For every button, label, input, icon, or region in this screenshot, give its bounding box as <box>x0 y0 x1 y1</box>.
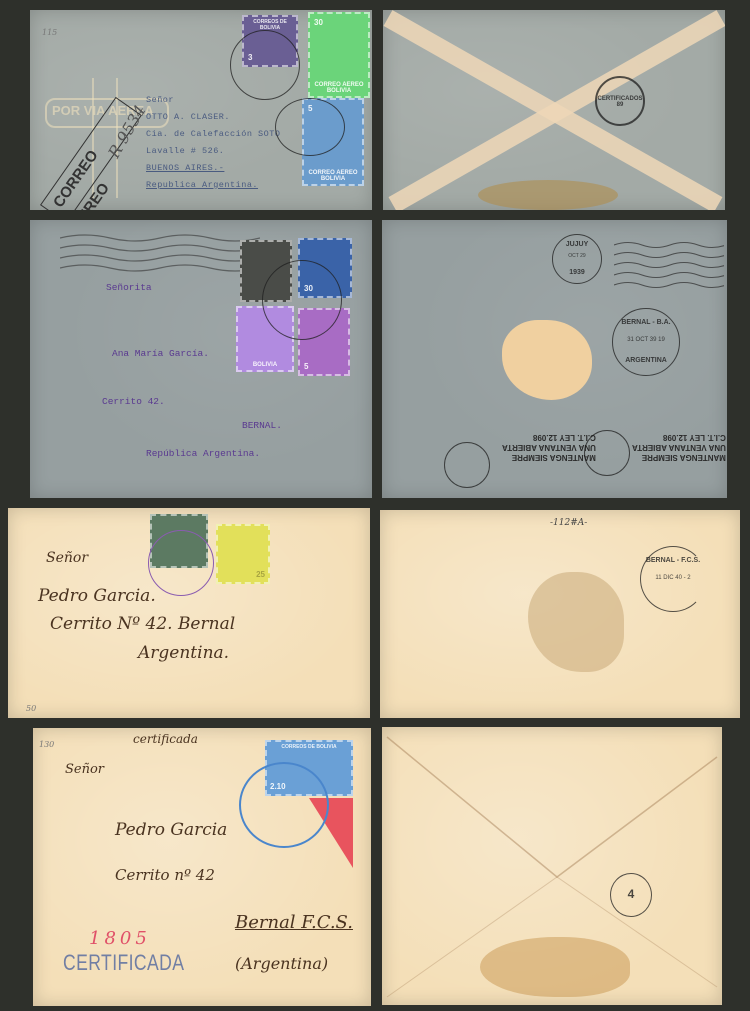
address-line: Lavalle # 526. <box>146 143 280 160</box>
certificada-stamp: CERTIFICADA <box>63 950 184 976</box>
postmark-certificados: CERTIFICADOS 89 <box>595 76 645 126</box>
address-line: BERNAL. <box>242 420 282 431</box>
address-line: Ana María García. <box>112 348 209 359</box>
pencil-note: 130 <box>39 740 54 749</box>
postmark-la-paz <box>230 30 300 100</box>
certificada-note: certificada <box>133 732 198 746</box>
address-line: Bernal F.C.S. <box>235 912 353 933</box>
slogan-line: C.I.T. LEY 12.098 <box>502 432 596 442</box>
address-line: Republica Argentina. <box>146 177 280 194</box>
stamp-value: 5 <box>304 362 308 371</box>
postmark-year: 1939 <box>553 269 601 276</box>
stamp-green: 30 CORREO AEREO BOLIVIA <box>308 12 370 98</box>
postmark-bernal: BERNAL - F.C.S. 11 DIC 40 - 2 <box>640 546 706 612</box>
postmark-violet <box>148 530 214 596</box>
pencil-note: 50 <box>26 704 36 713</box>
address-line: Pedro Garcia <box>115 820 227 840</box>
postmark-text: 4 <box>611 887 651 901</box>
slogan-line: MANTENGA SIEMPRE <box>502 452 596 462</box>
stamp-value: 30 <box>314 18 323 27</box>
machine-cancel-ring <box>584 430 630 476</box>
cover-4-back: 4 <box>382 727 722 1005</box>
stamp-value: 25 <box>256 570 265 579</box>
postmark-bernal: BERNAL - B.A. 31 OCT 39 19 ARGENTINA <box>612 308 680 376</box>
stamp-text: CORREOS DE BOLIVIA <box>244 17 296 31</box>
address-line: BUENOS AIRES.- <box>146 160 280 177</box>
address-line: Señorita <box>106 282 152 293</box>
postmark <box>262 260 342 340</box>
address-line: (Argentina) <box>235 954 328 973</box>
address-line: Cerrito nº 42 <box>115 866 215 884</box>
machine-cancel-wavy-lines <box>60 230 260 280</box>
address-line: Cerrito 42. <box>102 396 165 407</box>
address-line: OTTO A. CLASER. <box>146 109 280 126</box>
slogan-line: UNA VENTANA ABIERTA <box>502 442 596 452</box>
address-line: Pedro Garcia. <box>38 586 156 606</box>
slogan-line: MANTENGA SIEMPRE <box>632 452 726 462</box>
postmark-la-paz-2 <box>275 98 345 156</box>
postmark-date: 31 OCT 39 19 <box>613 337 679 343</box>
pencil-note: 115 <box>42 28 57 37</box>
postmark-country: ARGENTINA <box>613 357 679 364</box>
slogan-cancel: MANTENGA SIEMPRE UNA VENTANA ABIERTA C.I… <box>502 432 596 462</box>
cover-1-back: CERTIFICADOS 89 <box>383 10 725 210</box>
stamp-text: CORREO AEREO BOLIVIA <box>304 170 362 182</box>
slogan-line: C.I.T. LEY 12.098 <box>632 432 726 442</box>
stain <box>478 180 618 210</box>
stain <box>528 572 624 672</box>
address-block: Señor OTTO A. CLASER. Cia. de Calefacció… <box>146 92 280 194</box>
registration-number: 1805 <box>89 928 151 949</box>
cover-2-front: Señorita Ana María García. Cerrito 42. B… <box>30 220 372 498</box>
address-line: Cia. de Calefacción SOTO <box>146 126 280 143</box>
postmark-text: CERTIFICADOS 89 <box>597 96 643 108</box>
address-line: Señor <box>65 762 104 777</box>
machine-cancel-ring <box>444 442 490 488</box>
slogan-cancel: MANTENGA SIEMPRE UNA VENTANA ABIERTA C.I… <box>632 432 726 462</box>
postmark-city: JUJUY <box>553 241 601 248</box>
cover-1-front: 115 POR VIA AEREA CORREO AEREO R 9534 Se… <box>30 10 372 210</box>
postmark-date: 11 DIC 40 - 2 <box>641 575 705 581</box>
stamp-yellow: 25 <box>216 524 270 584</box>
machine-cancel-wavy-lines <box>614 240 724 290</box>
cover-3-back: -112#A- BERNAL - F.C.S. 11 DIC 40 - 2 <box>380 510 740 718</box>
postmark-jujuy: JUJUY OCT 29 1939 <box>552 234 602 284</box>
postmark-4: 4 <box>610 873 652 917</box>
postmark-date: OCT 29 <box>553 253 601 259</box>
postmark-city: BERNAL - F.C.S. <box>641 557 705 564</box>
pencil-note: -112#A- <box>550 518 587 528</box>
slogan-line: UNA VENTANA ABIERTA <box>632 442 726 452</box>
cover-4-front: certificada 130 CORREOS DE BOLIVIA 2.10 … <box>33 728 371 1006</box>
address-line: Señor <box>46 550 88 566</box>
address-line: Cerrito Nº 42. Bernal <box>50 614 235 634</box>
address-line: Argentina. <box>138 643 229 663</box>
postmark-cobija <box>239 762 329 848</box>
stain <box>480 937 630 997</box>
stamp-text: CORREOS DE BOLIVIA <box>267 742 351 750</box>
cover-3-front: 25 Señor Pedro Garcia. Cerrito Nº 42. Be… <box>8 508 370 718</box>
address-line: República Argentina. <box>146 448 260 459</box>
stamp-text: BOLIVIA <box>238 362 292 368</box>
torn-patch <box>502 320 592 400</box>
postmark-city: BERNAL - B.A. <box>613 319 679 326</box>
stamp-text: CORREO AEREO BOLIVIA <box>310 82 368 94</box>
cover-2-back: JUJUY OCT 29 1939 BERNAL - B.A. 31 OCT 3… <box>382 220 727 498</box>
